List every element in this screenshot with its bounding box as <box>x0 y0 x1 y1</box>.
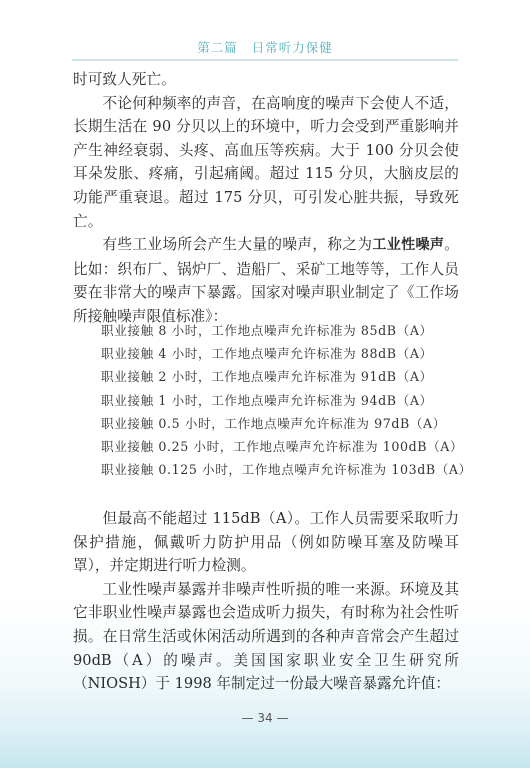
list-item: 职业接触 1 小时，工作地点噪声允许标准为 94dB（A） <box>101 389 481 412</box>
paragraph-industrial-noise: 有些工业场所会产生大量的噪声，称之为工业性噪声。比如：织布厂、锅炉厂、造船厂、采… <box>73 233 459 328</box>
list-item: 职业接触 0.25 小时，工作地点噪声允许标准为 100dB（A） <box>101 435 481 458</box>
bold-term-industrial-noise: 工业性噪声 <box>372 237 444 253</box>
header-rule-divider <box>72 59 458 61</box>
noise-standards-list: 职业接触 8 小时，工作地点噪声允许标准为 85dB（A） 职业接触 4 小时，… <box>101 319 481 481</box>
list-item: 职业接触 2 小时，工作地点噪声允许标准为 91dB（A） <box>101 365 481 388</box>
book-page: 第二篇日常听力保健 时可致人死亡。 不论何种频率的声音，在高响度的噪声下会使人不… <box>0 0 530 768</box>
header-chapter-title: 日常听力保健 <box>252 40 333 55</box>
running-header: 第二篇日常听力保健 <box>72 38 458 56</box>
header-part-label: 第二篇 <box>197 40 238 55</box>
paragraph-continuation: 时可致人死亡。 <box>73 68 459 92</box>
list-item: 职业接触 8 小时，工作地点噪声允许标准为 85dB（A） <box>101 319 481 342</box>
paragraph-max-limit: 但最高不能超过 115dB（A）。工作人员需要采取听力保护措施，佩戴听力防护用品… <box>73 507 459 578</box>
body-text-top: 时可致人死亡。 不论何种频率的声音，在高响度的噪声下会使人不适，长期生活在 90… <box>73 68 459 329</box>
list-item: 职业接触 0.5 小时，工作地点噪声允许标准为 97dB（A） <box>101 412 481 435</box>
list-item: 职业接触 0.125 小时，工作地点噪声允许标准为 103dB（A） <box>101 458 481 481</box>
paragraph-social-hearing-loss: 工业性噪声暴露并非噪声性听损的唯一来源。环境及其它非职业性噪声暴露也会造成听力损… <box>73 578 459 696</box>
paragraph-frequency-effects: 不论何种频率的声音，在高响度的噪声下会使人不适，长期生活在 90 分贝以上的环境… <box>73 92 459 234</box>
body-text-bottom: 但最高不能超过 115dB（A）。工作人员需要采取听力保护措施，佩戴听力防护用品… <box>73 507 459 696</box>
list-item: 职业接触 4 小时，工作地点噪声允许标准为 88dB（A） <box>101 342 481 365</box>
paragraph-text-before: 有些工业场所会产生大量的噪声，称之为 <box>103 236 373 253</box>
page-number: — 34 — <box>0 711 530 725</box>
